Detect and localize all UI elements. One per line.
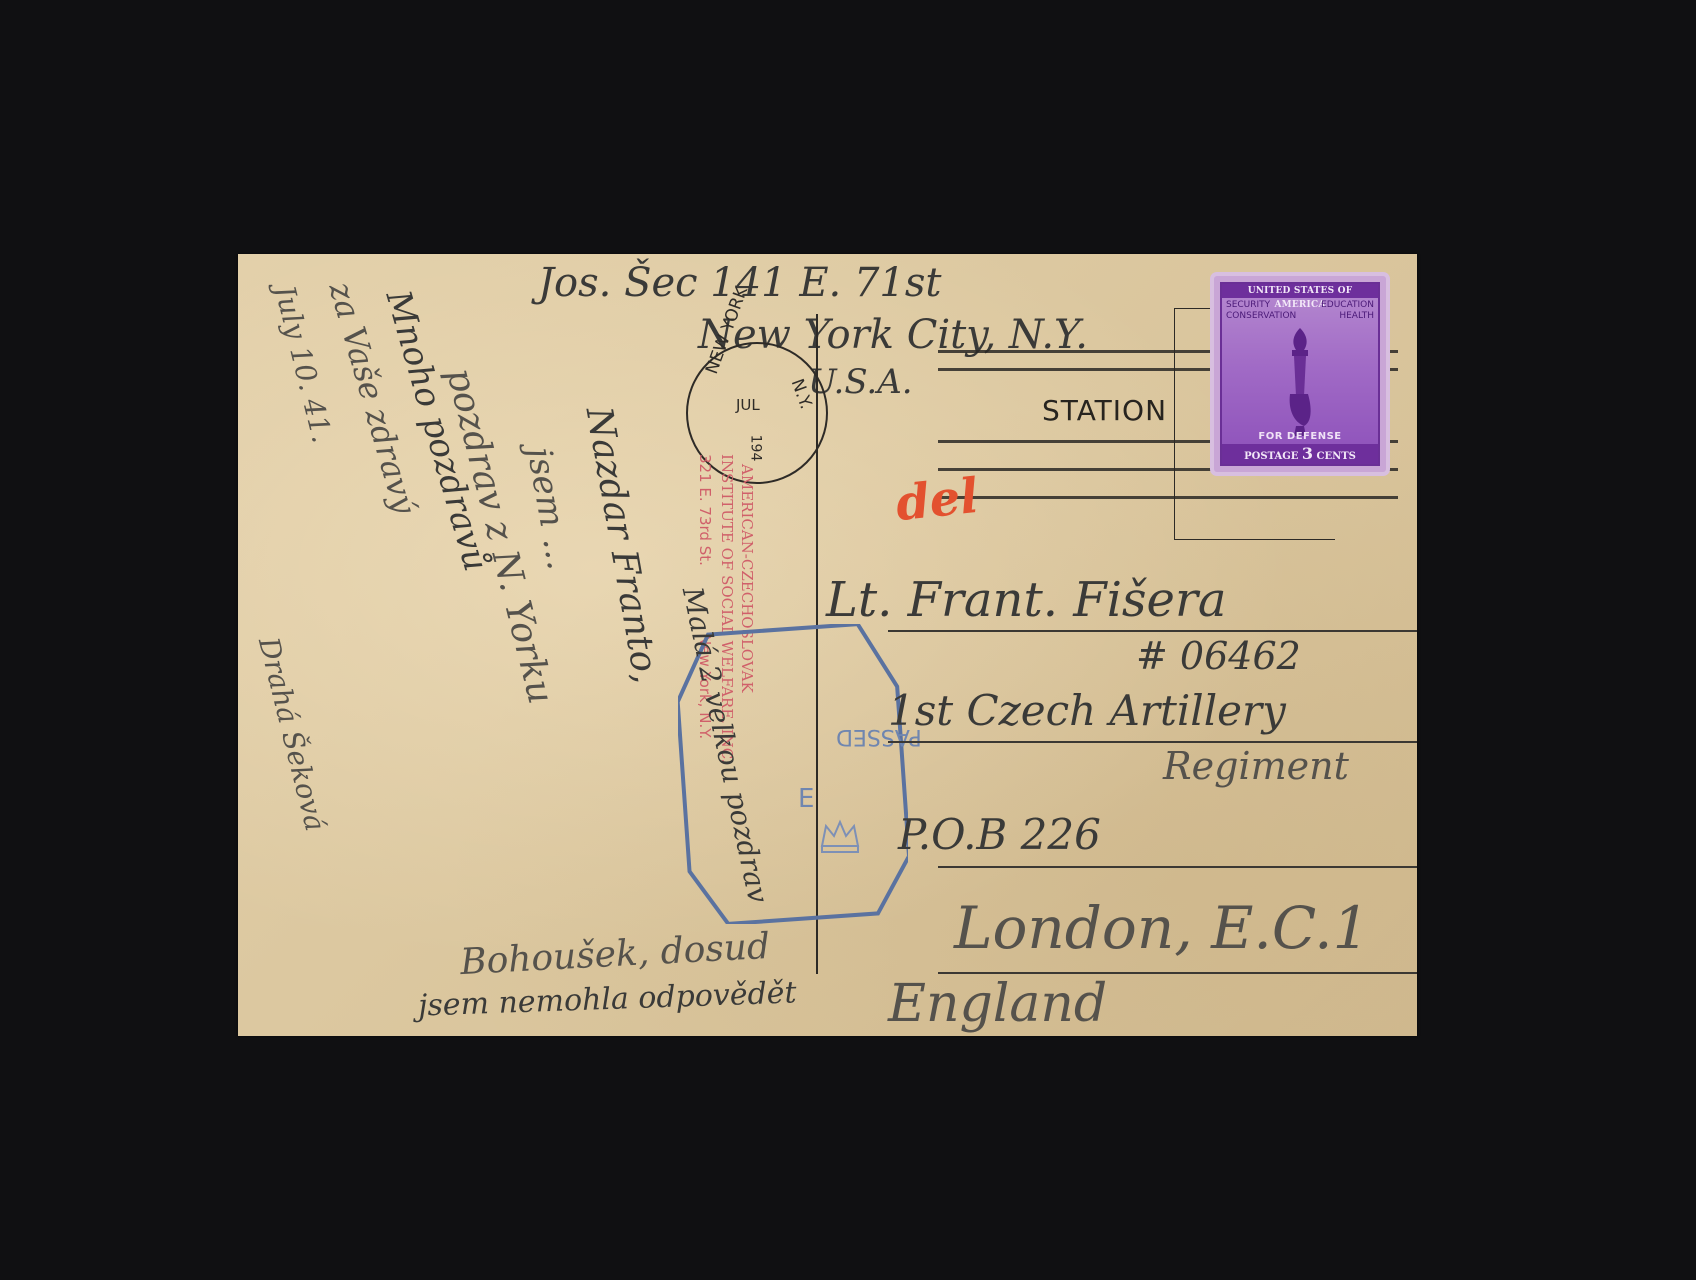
stamp-country: UNITED STATES OF AMERICA	[1222, 284, 1378, 298]
cancel-line	[938, 496, 1398, 499]
recipient-name: Lt. Frant. Fišera	[826, 572, 1227, 628]
postmark-year: 194	[747, 435, 763, 462]
postmark-month: JUL	[736, 396, 760, 414]
message-signature: Drahá Šeková	[252, 634, 332, 834]
postmark-state: N.Y.	[787, 376, 816, 411]
message-greeting: Nazdar Franto,	[578, 404, 667, 686]
recipient-unit-line-2: Regiment	[1163, 744, 1349, 788]
crown-icon	[818, 816, 862, 856]
recipient-unit-line-1: 1st Czech Artillery	[888, 686, 1286, 735]
recipient-box: P.O.B 226	[898, 810, 1101, 859]
censor-number: E	[798, 784, 814, 814]
stamp-unit: CENTS	[1317, 451, 1356, 462]
message-line: jsem ...	[519, 444, 580, 573]
address-line	[888, 630, 1417, 632]
recipient-city: London, E.C.1	[954, 894, 1370, 962]
postage-stamp: UNITED STATES OF AMERICA SECURITY EDUCAT…	[1214, 276, 1386, 472]
stamp-word: SECURITY	[1226, 300, 1270, 311]
cancel-station-text: STATION	[1042, 394, 1167, 427]
recipient-country: England	[888, 974, 1107, 1034]
address-line	[888, 741, 1417, 743]
stamp-postage-label: POSTAGE	[1244, 451, 1298, 462]
institute-stamp-line-3: 321 E. 73rd St.	[696, 454, 714, 566]
message-line: Bohoušek, dosud	[459, 926, 771, 983]
red-pencil-mark: del	[893, 468, 981, 532]
torch-icon	[1278, 326, 1322, 436]
stamp-word: HEALTH	[1339, 311, 1374, 322]
postcard: Jos. Šec 141 E. 71st New York City, N.Y.…	[238, 254, 1417, 1036]
stamp-value: 3	[1302, 444, 1313, 463]
stamp-word: EDUCATION	[1321, 300, 1374, 311]
stamp-word: CONSERVATION	[1226, 311, 1296, 322]
message-line: jsem nemohla odpovědět	[418, 975, 798, 1023]
stamp-caption: FOR DEFENSE	[1222, 431, 1378, 442]
recipient-number: # 06462	[1136, 634, 1301, 678]
address-line	[938, 866, 1417, 868]
